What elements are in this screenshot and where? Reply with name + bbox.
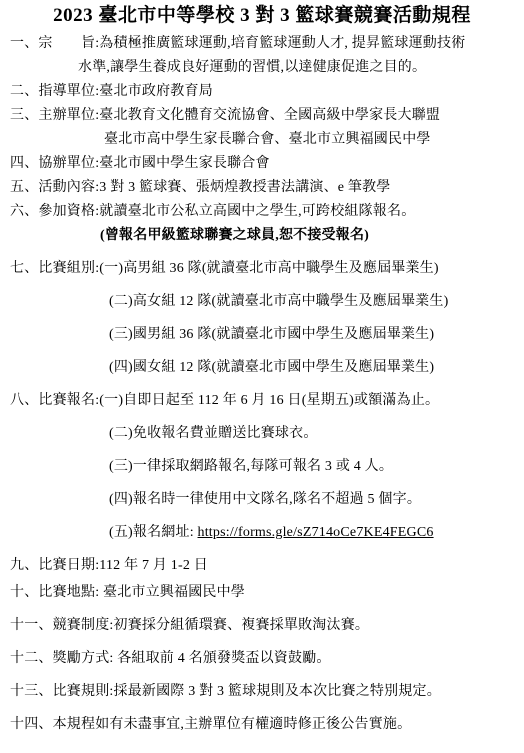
doc-line-text: 五、活動內容:3 對 3 籃球賽、張炳煌教授書法講演、e 筆教學 [10,180,391,195]
doc-line-text: 八、比賽報名:(一)自即日起至 112 年 6 月 16 日(星期五)或額滿為止… [10,393,439,408]
doc-line-text: 三、主辦單位:臺北教育文化體育交流協會、全國高級中學家長大聯盟 [10,108,440,123]
doc-line-text: 水準,讓學生養成良好運動的習慣,以達健康促進之目的。 [78,60,426,75]
doc-line: 一、宗 旨:為積極推廣籃球運動,培育籃球運動人才, 提昇籃球運動技術 [0,32,524,56]
document-page: 2023 臺北市中等學校 3 對 3 籃球賽競賽活動規程 一、宗 旨:為積極推廣… [0,0,524,753]
doc-line-text: 臺北市高中學生家長聯合會、臺北市立興福國民中學 [104,132,431,147]
doc-line-text: 十二、獎勵方式: 各組取前 4 名頒發獎盃以資鼓勵。 [10,651,331,666]
doc-line: 八、比賽報名:(一)自即日起至 112 年 6 月 16 日(星期五)或額滿為止… [0,384,524,417]
doc-line-text: (二)免收報名費並贈送比賽球衣。 [109,426,318,441]
doc-line-text: 七、比賽組別:(一)高男組 36 隊(就讀臺北市高中職學生及應屆畢業生) [10,261,439,276]
doc-line: (三)一律採取網路報名,每隊可報名 3 或 4 人。 [0,450,524,483]
doc-line: 七、比賽組別:(一)高男組 36 隊(就讀臺北市高中職學生及應屆畢業生) [0,252,524,285]
doc-line-text: 二、指導單位:臺北市政府教育局 [10,84,213,99]
doc-line: 臺北市高中學生家長聯合會、臺北市立興福國民中學 [0,128,524,152]
doc-line: 十三、比賽規則:採最新國際 3 對 3 籃球規則及本次比賽之特別規定。 [0,675,524,708]
doc-line-text: 十、比賽地點: 臺北市立興福國民中學 [10,585,245,600]
doc-line-text: (曾報名甲級籃球聯賽之球員,恕不接受報名) [100,228,369,243]
document-title: 2023 臺北市中等學校 3 對 3 籃球賽競賽活動規程 [0,3,524,29]
doc-line-text: 四、協辦單位:臺北市國中學生家長聯合會 [10,156,270,171]
doc-line: (四)國女組 12 隊(就讀臺北市國中學生及應屆畢業生) [0,351,524,384]
doc-line: (二)免收報名費並贈送比賽球衣。 [0,417,524,450]
registration-url-link[interactable]: https://forms.gle/sZ714oCe7KE4FEGC6 [198,525,434,540]
doc-line: 二、指導單位:臺北市政府教育局 [0,80,524,104]
doc-line: 四、協辦單位:臺北市國中學生家長聯合會 [0,152,524,176]
doc-line-text: (二)高女組 12 隊(就讀臺北市高中職學生及應屆畢業生) [109,294,448,309]
doc-line-text: (四)國女組 12 隊(就讀臺北市國中學生及應屆畢業生) [109,360,434,375]
doc-line-text: (三)國男組 36 隊(就讀臺北市國中學生及應屆畢業生) [109,327,434,342]
doc-line-text: 十四、本規程如有未盡事宜,主辦單位有權適時修正後公告實施。 [10,717,411,732]
doc-line: 水準,讓學生養成良好運動的習慣,以達健康促進之目的。 [0,56,524,80]
doc-line-text: 十三、比賽規則:採最新國際 3 對 3 籃球規則及本次比賽之特別規定。 [10,684,441,699]
doc-line-text: 九、比賽日期:112 年 7 月 1-2 日 [10,558,208,573]
doc-line: 十二、獎勵方式: 各組取前 4 名頒發獎盃以資鼓勵。 [0,642,524,675]
doc-line-text: 十一、競賽制度:初賽採分組循環賽、複賽採單敗淘汰賽。 [10,618,369,633]
doc-line-text: (四)報名時一律使用中文隊名,隊名不超過 5 個字。 [109,492,421,507]
doc-line: 十一、競賽制度:初賽採分組循環賽、複賽採單敗淘汰賽。 [0,609,524,642]
doc-line: 三、主辦單位:臺北教育文化體育交流協會、全國高級中學家長大聯盟 [0,104,524,128]
doc-line: 五、活動內容:3 對 3 籃球賽、張炳煌教授書法講演、e 筆教學 [0,176,524,200]
doc-line-text: 一、宗 旨:為積極推廣籃球運動,培育籃球運動人才, 提昇籃球運動技術 [10,36,465,51]
document-body: 一、宗 旨:為積極推廣籃球運動,培育籃球運動人才, 提昇籃球運動技術水準,讓學生… [0,32,524,741]
doc-line-text: (五)報名網址: [109,525,198,540]
doc-line: 十四、本規程如有未盡事宜,主辦單位有權適時修正後公告實施。 [0,708,524,741]
doc-line-text: 六、參加資格:就讀臺北市公私立高國中之學生,可跨校組隊報名。 [10,204,415,219]
doc-line: (三)國男組 36 隊(就讀臺北市國中學生及應屆畢業生) [0,318,524,351]
doc-line: (四)報名時一律使用中文隊名,隊名不超過 5 個字。 [0,483,524,516]
doc-line: (五)報名網址: https://forms.gle/sZ714oCe7KE4F… [0,516,524,549]
doc-line: 六、參加資格:就讀臺北市公私立高國中之學生,可跨校組隊報名。 [0,200,524,224]
doc-line: 十、比賽地點: 臺北市立興福國民中學 [0,576,524,609]
doc-line: (二)高女組 12 隊(就讀臺北市高中職學生及應屆畢業生) [0,285,524,318]
doc-line: (曾報名甲級籃球聯賽之球員,恕不接受報名) [0,224,524,248]
doc-line-text: (三)一律採取網路報名,每隊可報名 3 或 4 人。 [109,459,393,474]
